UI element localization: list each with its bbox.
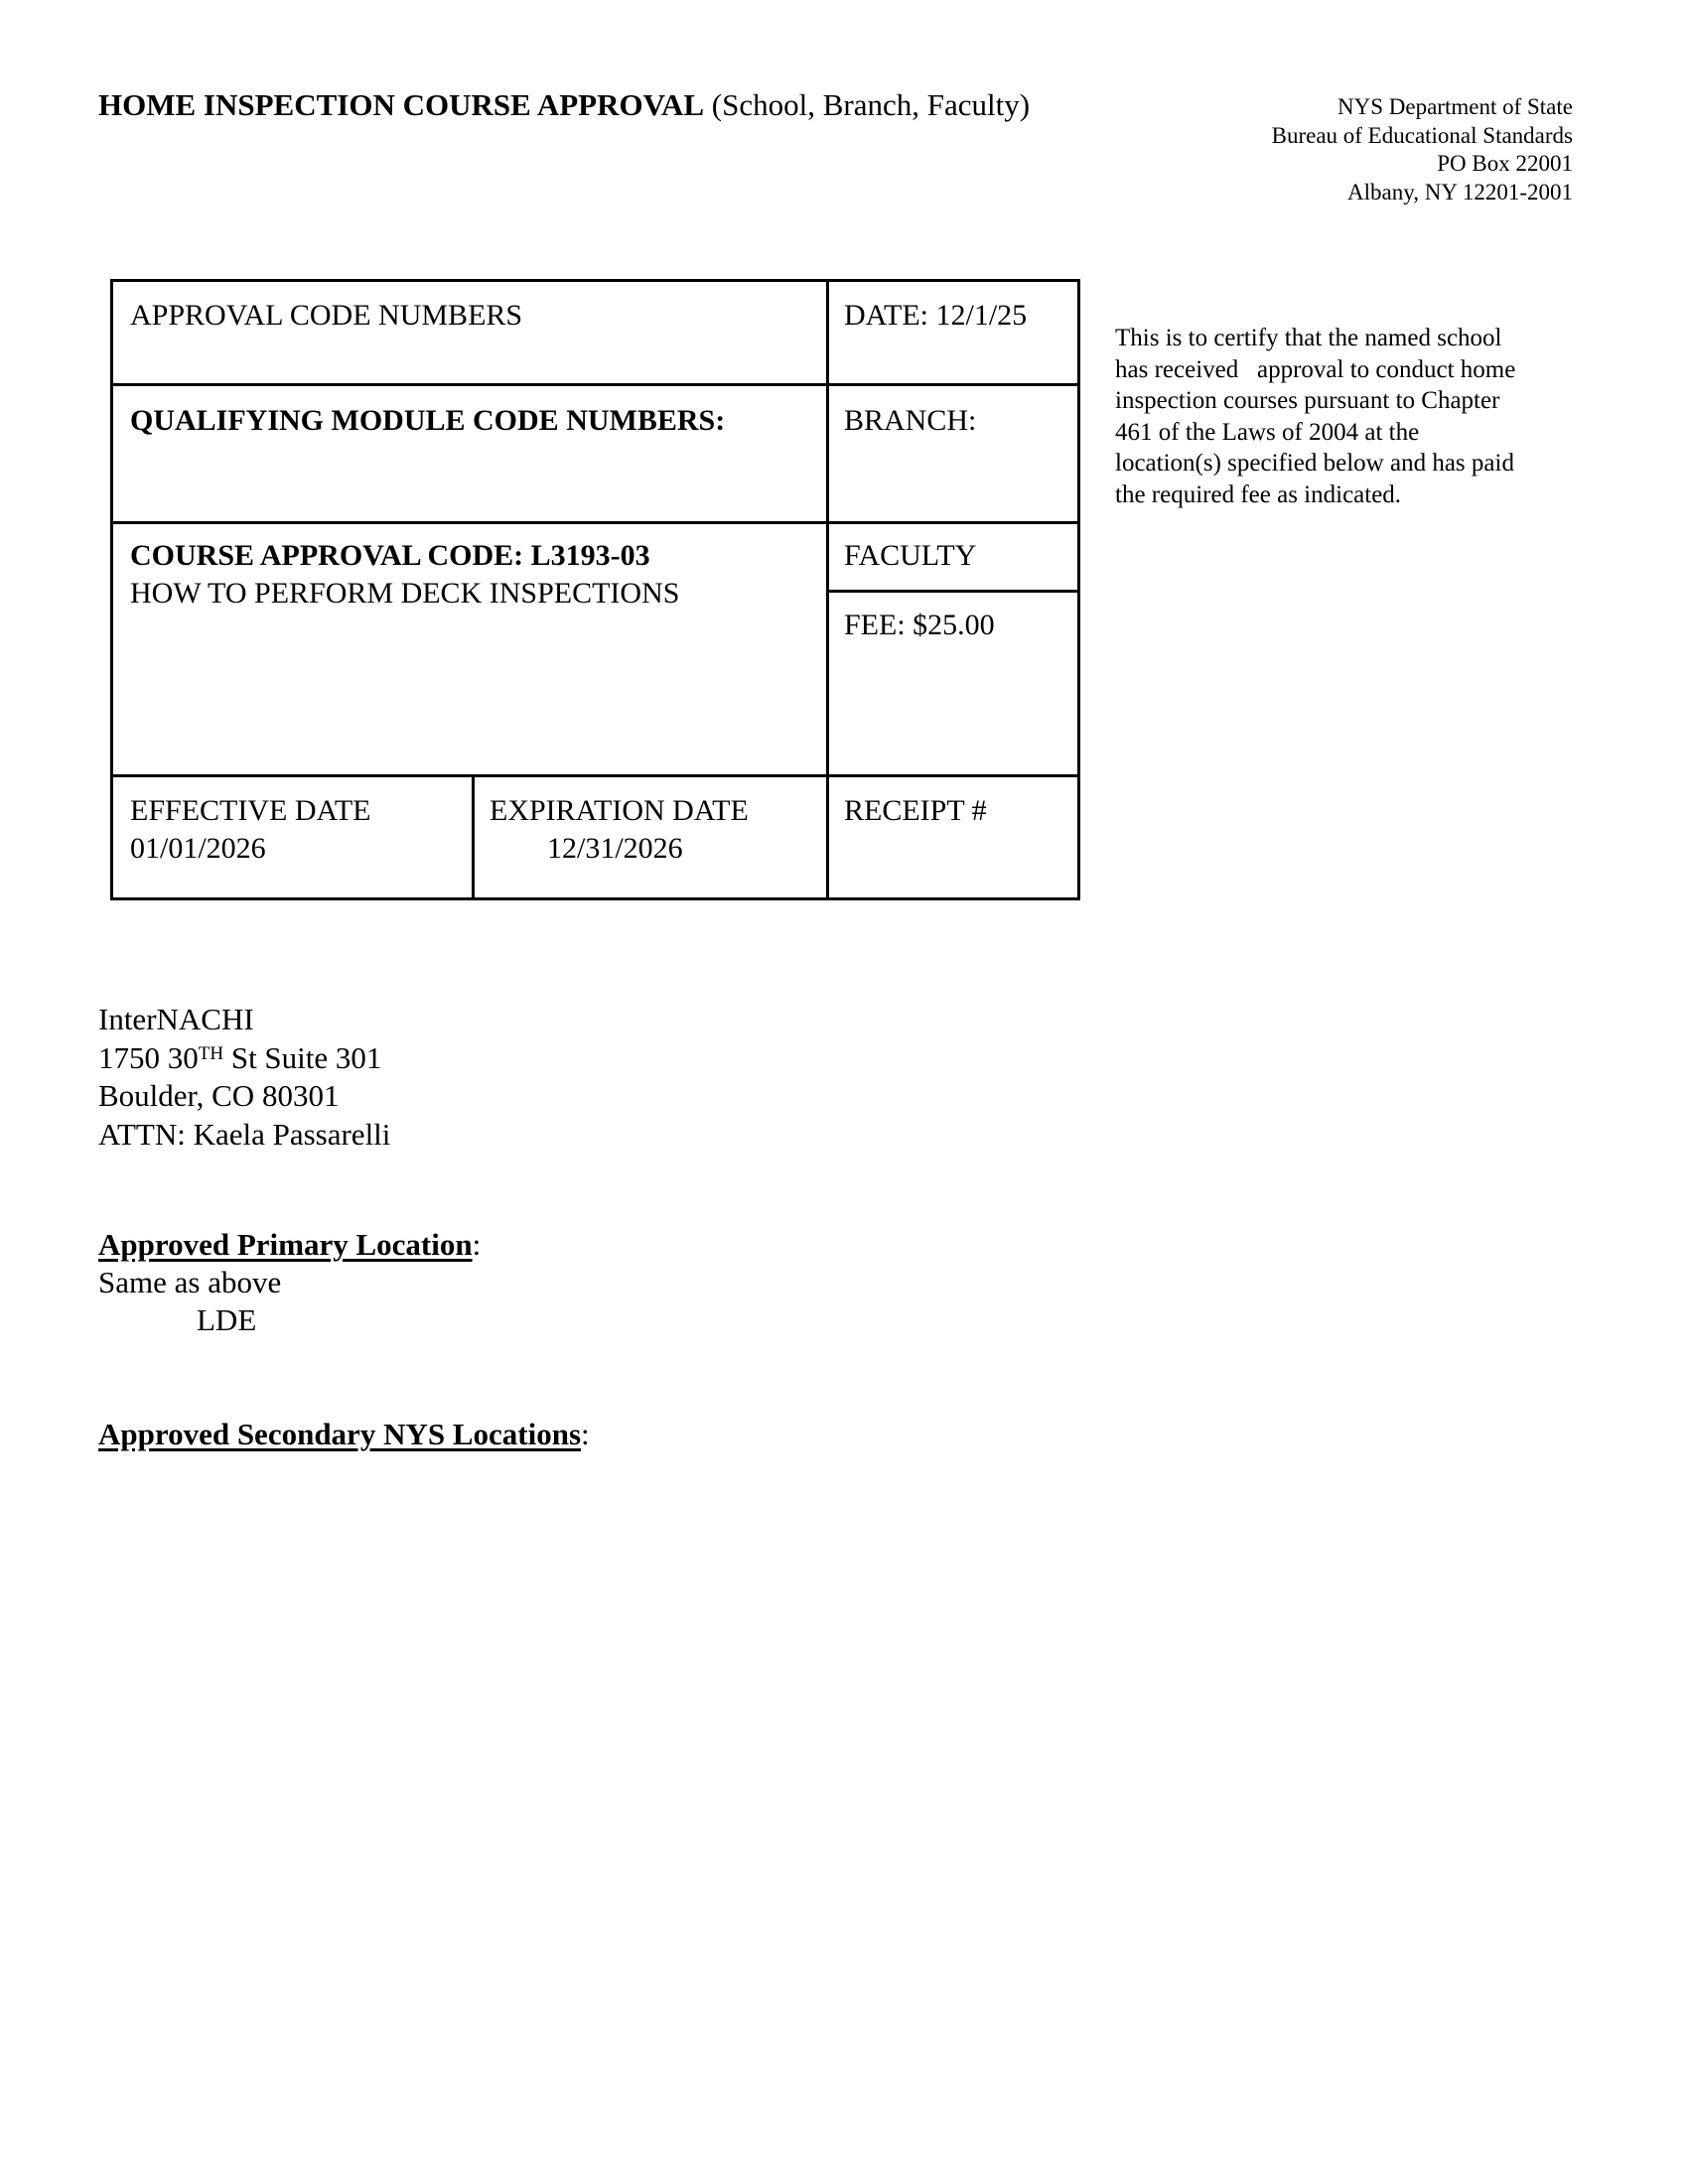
addressee-street: 1750 30TH St Suite 301 [98, 1039, 390, 1078]
approval-form-table: APPROVAL CODE NUMBERS DATE: 12/1/25 QUAL… [110, 279, 1080, 900]
expiration-date-value: 12/31/2026 [547, 830, 683, 868]
course-approval-code: COURSE APPROVAL CODE: L3193-03 [130, 537, 650, 575]
column-divider [472, 774, 475, 900]
certification-statement: This is to certify that the named school… [1115, 323, 1582, 510]
row-divider [113, 521, 1080, 524]
row-divider [113, 774, 1080, 777]
agency-line: NYS Department of State [1272, 93, 1573, 122]
expiration-date-label: EXPIRATION DATE [490, 792, 749, 830]
addressee-city: Boulder, CO 80301 [98, 1077, 390, 1116]
fee-field: FEE: $25.00 [844, 607, 995, 644]
document-title-bold: HOME INSPECTION COURSE APPROVAL [98, 87, 704, 122]
primary-location-code: LDE [197, 1302, 256, 1338]
street-ordinal: TH [199, 1043, 223, 1064]
document-title: HOME INSPECTION COURSE APPROVAL (School,… [98, 87, 1030, 123]
street-suffix: St Suite 301 [223, 1040, 381, 1075]
receipt-field: RECEIPT # [844, 792, 987, 830]
certification-line: inspection courses pursuant to Chapter [1115, 385, 1582, 417]
approval-code-numbers-label: APPROVAL CODE NUMBERS [130, 297, 522, 335]
certification-line: the required fee as indicated. [1115, 479, 1582, 511]
effective-date-label: EFFECTIVE DATE [130, 792, 371, 830]
heading-colon: : [473, 1227, 482, 1262]
addressee-attn: ATTN: Kaela Passarelli [98, 1116, 390, 1155]
agency-line: PO Box 22001 [1272, 150, 1573, 179]
qualifying-module-code-label: QUALIFYING MODULE CODE NUMBERS: [130, 402, 725, 440]
agency-line: Bureau of Educational Standards [1272, 122, 1573, 151]
heading-colon: : [581, 1417, 590, 1451]
row-divider [826, 590, 1080, 593]
certification-line: This is to certify that the named school [1115, 323, 1582, 354]
effective-date-value: 01/01/2026 [130, 830, 266, 868]
certification-line: location(s) specified below and has paid [1115, 448, 1582, 479]
course-title: HOW TO PERFORM DECK INSPECTIONS [130, 575, 679, 613]
certification-line: has received approval to conduct home [1115, 354, 1582, 386]
addressee-name: InterNACHI [98, 1001, 390, 1039]
secondary-locations-heading: Approved Secondary NYS Locations: [98, 1417, 590, 1452]
row-divider [113, 383, 1080, 386]
date-field: DATE: 12/1/25 [844, 297, 1027, 335]
certification-line: 461 of the Laws of 2004 at the [1115, 417, 1582, 449]
addressee-block: InterNACHI 1750 30TH St Suite 301 Boulde… [98, 1001, 390, 1154]
primary-location-heading: Approved Primary Location: [98, 1227, 481, 1263]
secondary-locations-heading-text: Approved Secondary NYS Locations [98, 1417, 581, 1451]
agency-address: NYS Department of State Bureau of Educat… [1272, 93, 1573, 206]
agency-line: Albany, NY 12201-2001 [1272, 179, 1573, 207]
street-number: 1750 30 [98, 1040, 199, 1075]
faculty-field: FACULTY [844, 537, 976, 575]
document-title-subtitle: (School, Branch, Faculty) [704, 87, 1030, 122]
primary-location-value: Same as above [98, 1265, 281, 1300]
primary-location-heading-text: Approved Primary Location [98, 1227, 473, 1262]
column-divider [826, 282, 829, 900]
branch-field: BRANCH: [844, 402, 976, 440]
